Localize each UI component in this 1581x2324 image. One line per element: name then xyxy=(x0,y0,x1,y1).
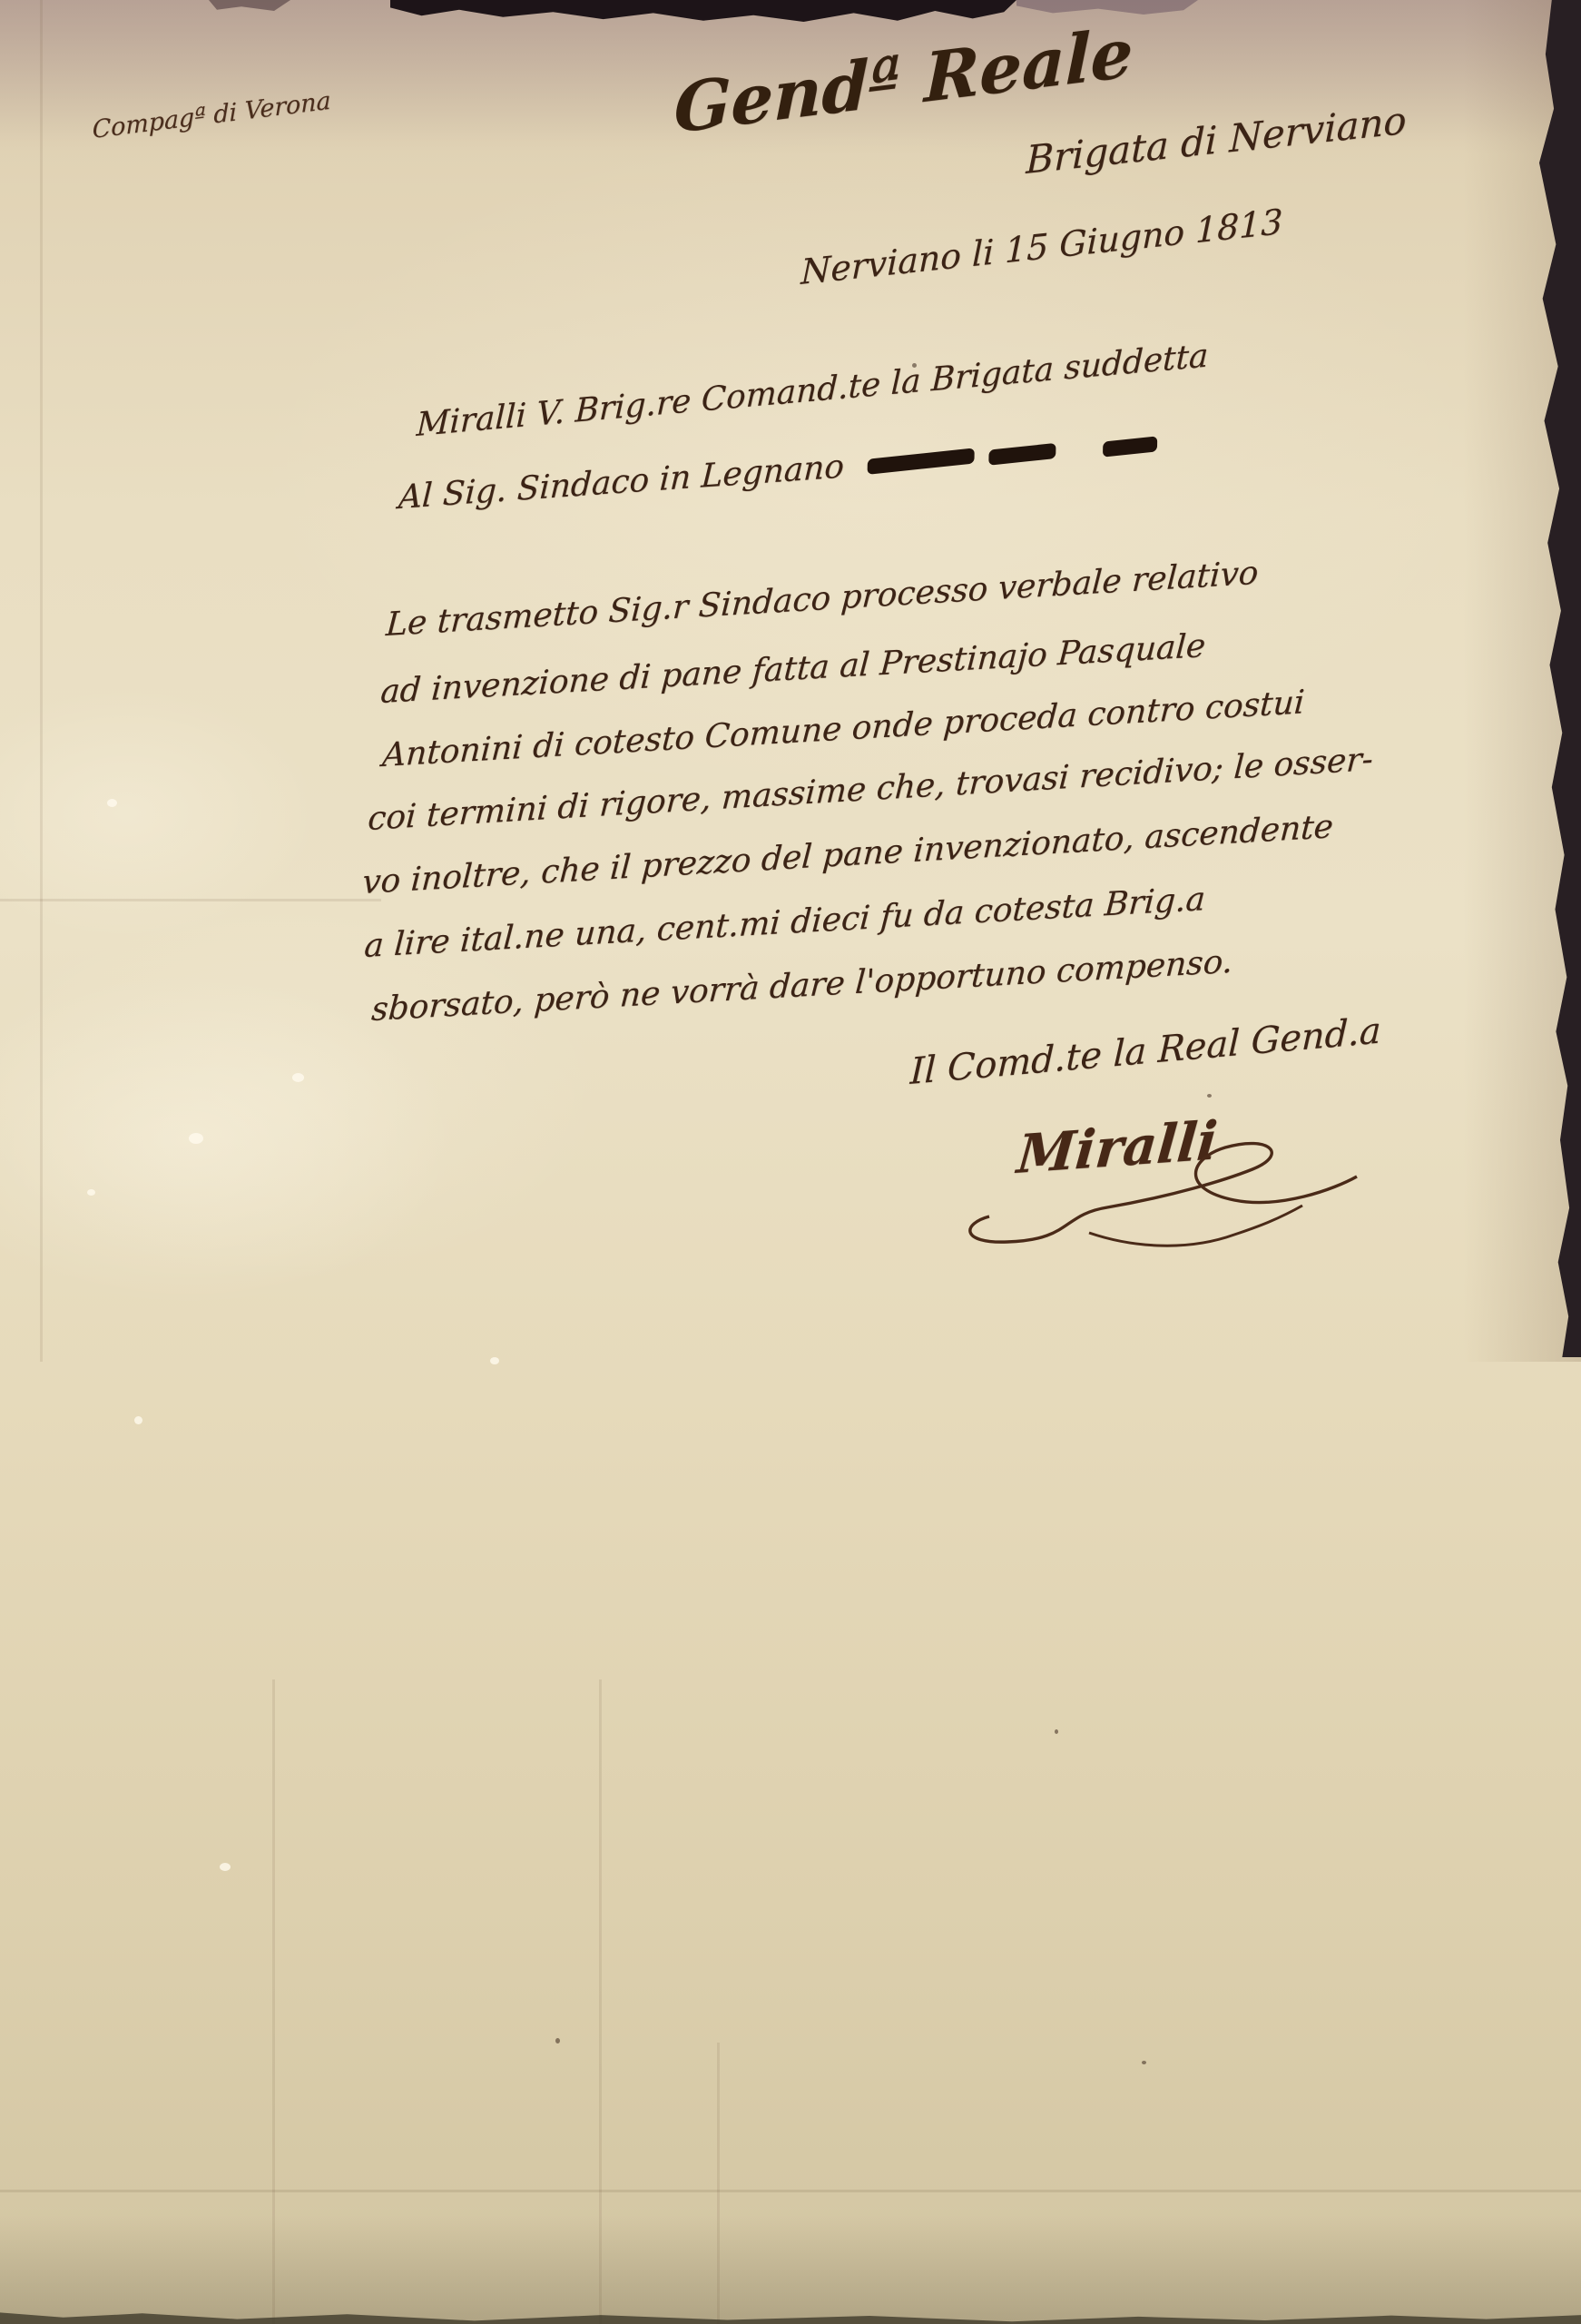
fold-crease xyxy=(0,899,381,901)
signature-flourish xyxy=(953,1117,1389,1262)
photo-background: Compagª di Verona Gendª Reale Brigata di… xyxy=(0,0,1581,2324)
dash-mark xyxy=(988,443,1056,466)
fold-crease xyxy=(40,0,43,1362)
paper-bottom-shade xyxy=(0,2215,1581,2324)
fold-crease xyxy=(0,2190,1581,2192)
dash-mark xyxy=(868,448,975,474)
fold-crease xyxy=(599,1679,602,2324)
dash-mark xyxy=(1103,436,1157,457)
fold-crease xyxy=(272,1679,275,2324)
fold-crease xyxy=(717,2043,720,2324)
